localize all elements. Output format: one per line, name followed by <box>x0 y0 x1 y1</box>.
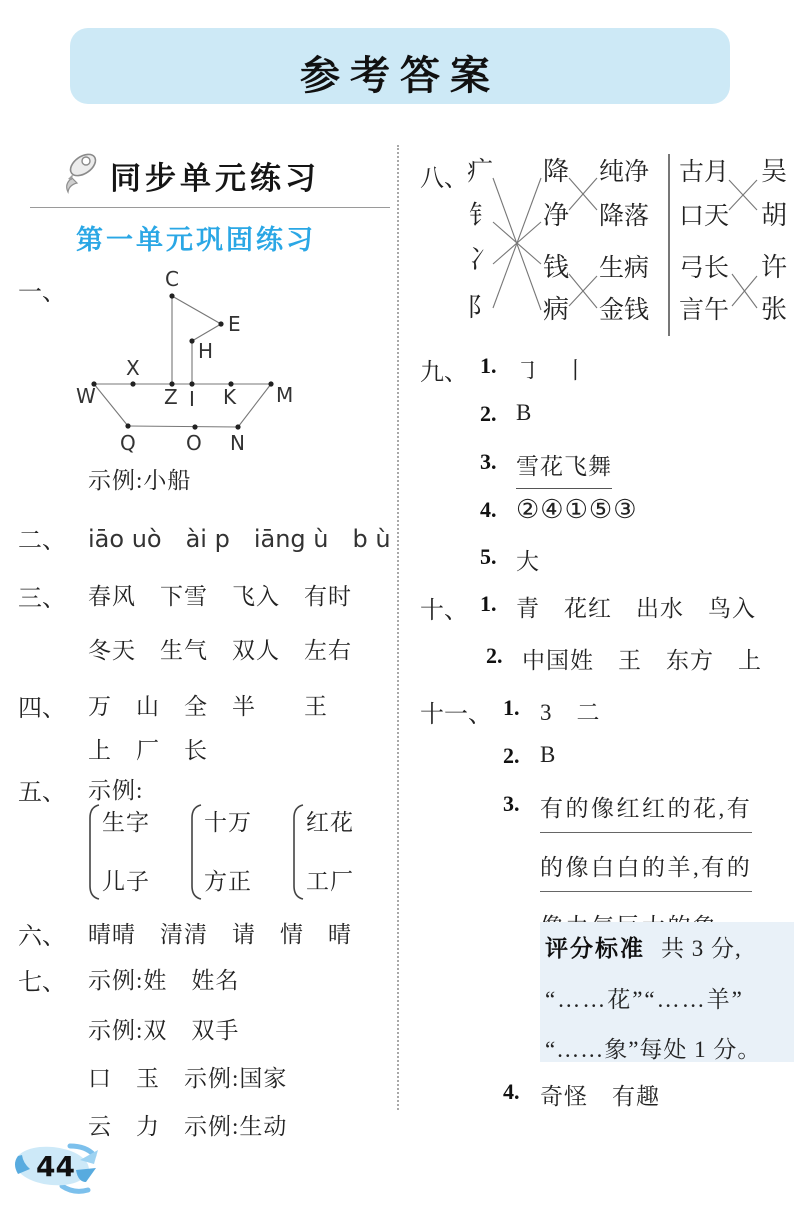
q11-item2-number: 2. <box>503 743 520 769</box>
svg-text:弓长: 弓长 <box>679 253 729 282</box>
svg-text:N: N <box>230 431 245 455</box>
q1-marker: 一、 <box>18 272 66 307</box>
q9-item4-answer: ②④①⑤③ <box>516 495 638 525</box>
svg-text:张: 张 <box>761 295 787 325</box>
q3-answer-line1: 春风 下雪 飞入 有时 <box>88 578 352 611</box>
q10-item2-number: 2. <box>486 643 503 669</box>
q5-word: 儿子 <box>102 863 150 896</box>
svg-text:钅: 钅 <box>469 201 495 231</box>
svg-text:H: H <box>198 339 213 363</box>
q11-item3-line2: 的像白白的羊,有的 <box>540 849 752 892</box>
scoring-line1: 评分标准 共 3 分, <box>545 930 742 963</box>
q11-item3-number: 3. <box>503 791 520 817</box>
brace-icon <box>290 802 306 902</box>
q7-answer-line1: 示例:姓 姓名 <box>88 962 239 995</box>
svg-text:I: I <box>189 387 195 411</box>
q5-word: 生字 <box>102 804 150 837</box>
q5-group-3: 红花 工厂 <box>290 802 354 902</box>
q3-answer-line2: 冬天 生气 双人 左右 <box>88 632 352 665</box>
unit-subtitle: 第一单元巩固练习 <box>76 218 316 257</box>
svg-text:降落: 降落 <box>599 201 649 230</box>
q6-marker: 六、 <box>18 916 66 951</box>
q7-answer-line2: 示例:双 双手 <box>88 1012 239 1045</box>
q9-marker: 九、 <box>420 352 468 387</box>
section-title: 同步单元练习 <box>110 153 320 198</box>
q5-group-1: 生字 儿子 <box>86 802 150 902</box>
section-underline <box>30 207 390 208</box>
q4-marker: 四、 <box>18 688 66 723</box>
q6-answer: 晴晴 清清 请 情 晴 <box>88 916 352 949</box>
q3-marker: 三、 <box>18 578 66 613</box>
svg-text:病: 病 <box>543 295 569 325</box>
page-number: 44 <box>36 1150 75 1183</box>
q5-bracket-groups: 生字 儿子 十万 方正 红花 工厂 <box>86 802 354 902</box>
q11-item3-line1: 有的像红红的花,有 <box>540 790 752 833</box>
svg-text:Q: Q <box>120 431 136 455</box>
svg-text:言午: 言午 <box>679 295 729 324</box>
q5-word: 工厂 <box>306 863 354 896</box>
svg-text:阝: 阝 <box>467 293 493 323</box>
q5-word: 十万 <box>204 804 252 837</box>
svg-text:M: M <box>276 383 293 407</box>
svg-text:疒: 疒 <box>467 157 493 187</box>
svg-text:吴: 吴 <box>761 157 787 187</box>
q9-item2-number: 2. <box>480 401 497 427</box>
svg-text:W: W <box>76 384 96 408</box>
brace-icon <box>188 802 204 902</box>
brace-icon <box>86 802 102 902</box>
q11-item4-number: 4. <box>503 1079 520 1105</box>
svg-text:纯净: 纯净 <box>599 157 649 186</box>
q11-item1-number: 1. <box>503 695 520 721</box>
svg-text:生病: 生病 <box>599 253 649 282</box>
q10-item1-answer: 青 花红 出水 鸟入 <box>516 590 756 623</box>
q7-answer-line4: 云 力 示例:生动 <box>88 1108 287 1141</box>
svg-text:K: K <box>223 385 237 409</box>
q8-matching-diagram: 疒 钅 冫 阝 降 净 钱 病 纯净 降落 生病 金钱 古月 口天 弓长 言午 … <box>455 146 797 349</box>
svg-text:Z: Z <box>164 385 178 409</box>
svg-text:钱: 钱 <box>543 253 569 283</box>
svg-text:古月: 古月 <box>679 157 729 186</box>
column-divider <box>397 145 399 1110</box>
q4-answer-line1: 万 山 全 半 王 <box>88 688 328 721</box>
svg-text:E: E <box>228 312 241 336</box>
svg-text:金钱: 金钱 <box>599 295 649 324</box>
svg-text:净: 净 <box>543 201 569 231</box>
q9-item3-number: 3. <box>480 449 497 475</box>
q9-item1-number: 1. <box>480 353 497 379</box>
q2-answer: iāo uò ài p iāng ù b ù <box>88 519 391 554</box>
q10-item2-answer: 中国姓 王 东方 上 <box>522 642 762 675</box>
q10-marker: 十、 <box>420 590 468 625</box>
q5-label: 示例: <box>88 772 143 805</box>
svg-text:降: 降 <box>543 157 569 187</box>
q9-item5-answer: 大 <box>516 543 540 576</box>
svg-text:许: 许 <box>761 253 787 283</box>
scoring-label: 评分标准 <box>545 935 645 961</box>
scoring-line3: “……象”每处 1 分。 <box>545 1031 761 1064</box>
q9-item5-number: 5. <box>480 544 497 570</box>
q5-word: 方正 <box>204 863 252 896</box>
q1-example: 示例:小船 <box>88 462 191 495</box>
q7-marker: 七、 <box>18 962 66 997</box>
q11-item2-answer: B <box>540 742 556 768</box>
svg-text:O: O <box>186 431 202 455</box>
q2-marker: 二、 <box>18 520 66 555</box>
q7-answer-line3: 口 玉 示例:国家 <box>88 1060 287 1093</box>
q11-marker: 十一、 <box>420 694 492 729</box>
q5-word: 红花 <box>306 804 354 837</box>
q9-item1-answer: ㇆ 丨 <box>516 352 588 385</box>
svg-text:X: X <box>126 356 140 380</box>
q10-item1-number: 1. <box>480 591 497 617</box>
q11-item1-answer: 3 二 <box>540 694 601 727</box>
q5-group-2: 十万 方正 <box>188 802 252 902</box>
q9-item3-answer: 雪花飞舞 <box>516 448 612 489</box>
rocket-icon <box>58 148 104 196</box>
q4-answer-line2: 上 厂 长 <box>88 732 208 765</box>
svg-text:冫: 冫 <box>469 245 495 275</box>
page-title: 参考答案 <box>70 44 730 101</box>
q9-item2-answer: B <box>516 400 532 426</box>
q5-marker: 五、 <box>18 772 66 807</box>
q1-boat-diagram: C E H X W Z I K M Q O N <box>70 270 305 465</box>
q9-item4-number: 4. <box>480 497 497 523</box>
scoring-line2: “……花”“……羊” <box>545 981 744 1014</box>
page-number-badge: 44 <box>10 1136 115 1205</box>
q11-item4-answer: 奇怪 有趣 <box>540 1078 660 1111</box>
svg-text:C: C <box>165 270 179 291</box>
svg-text:口天: 口天 <box>679 201 729 230</box>
svg-text:胡: 胡 <box>761 201 787 231</box>
answer-page: 参考答案 同步单元练习 第一单元巩固练习 一、 <box>0 0 800 1225</box>
